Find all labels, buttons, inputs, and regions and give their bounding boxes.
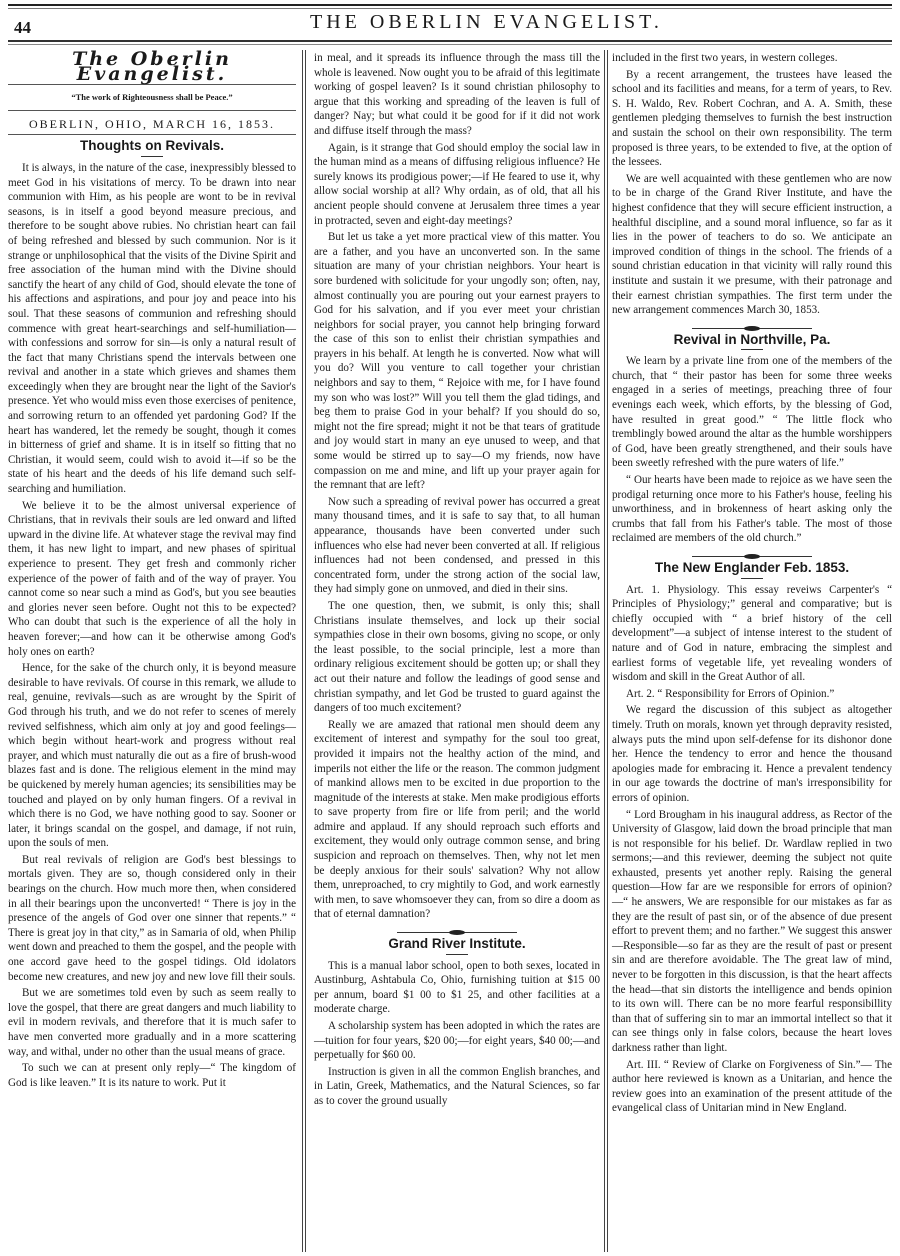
section-divider: [692, 328, 812, 329]
paragraph: Art. 2. “ Responsibility for Errors of O…: [612, 687, 892, 702]
header-rule-thin: [8, 44, 892, 45]
paragraph: It is always, in the nature of the case,…: [8, 161, 296, 497]
masthead-rule: [8, 110, 296, 111]
column-divider-2: [604, 50, 605, 1252]
column-divider-1b: [305, 50, 306, 1252]
masthead-motto: “The work of Righteousness shall be Peac…: [8, 90, 296, 105]
paragraph: We believe it to be the almost universal…: [8, 499, 296, 660]
paragraph: But let us take a yet more practical vie…: [314, 230, 600, 493]
article-title-revivals: Thoughts on Revivals.: [8, 139, 296, 154]
paragraph: “ Lord Brougham in his inaugural address…: [612, 808, 892, 1056]
article-title-new-englander: The New Englander Feb. 1853.: [612, 561, 892, 576]
column-divider-1: [302, 50, 303, 1252]
article-title-grand-river: Grand River Institute.: [314, 937, 600, 952]
paragraph: Really we are amazed that rational men s…: [314, 718, 600, 922]
paragraph: We learn by a private line from one of t…: [612, 354, 892, 471]
paragraph: “ Our hearts have been made to rejoice a…: [612, 473, 892, 546]
header-rule: [8, 40, 892, 42]
paragraph: in meal, and it spreads its influence th…: [314, 51, 600, 139]
paragraph: A scholarship system has been adopted in…: [314, 1019, 600, 1063]
paragraph: Art. III. “ Review of Clarke on Forgiven…: [612, 1058, 892, 1116]
section-divider: [397, 932, 517, 933]
top-rule: [8, 4, 892, 6]
paragraph: By a recent arrangement, the trustees ha…: [612, 68, 892, 170]
paragraph: Again, is it strange that God should emp…: [314, 141, 600, 229]
paragraph: The one question, then, we submit, is on…: [314, 599, 600, 716]
article-title-northville: Revival in Northville, Pa.: [612, 333, 892, 348]
top-rule-thin: [8, 8, 892, 9]
paragraph: This is a manual labor school, open to b…: [314, 959, 600, 1017]
paragraph: Instruction is given in all the common E…: [314, 1065, 600, 1109]
dateline: OBERLIN, OHIO, MARCH 16, 1853.: [8, 117, 296, 132]
paragraph: But we are sometimes told even by such a…: [8, 986, 296, 1059]
paragraph: We regard the discussion of this subject…: [612, 703, 892, 805]
column-3: included in the first two years, in west…: [612, 51, 892, 1118]
running-head: THE OBERLIN EVANGELIST.: [310, 11, 663, 34]
page-number: 44: [14, 18, 31, 38]
paragraph: Art. 1. Physiology. This essay reveiws C…: [612, 583, 892, 685]
title-underline: [741, 578, 763, 579]
title-underline: [741, 349, 763, 350]
column-2: in meal, and it spreads its influence th…: [314, 51, 600, 1111]
title-underline: [141, 156, 163, 157]
paragraph: Hence, for the sake of the church only, …: [8, 661, 296, 851]
paragraph: But real revivals of religion are God's …: [8, 853, 296, 984]
paragraph: Now such a spreading of revival power ha…: [314, 495, 600, 597]
paragraph: included in the first two years, in west…: [612, 51, 892, 66]
section-divider: [692, 556, 812, 557]
paragraph: We are well acquainted with these gentle…: [612, 172, 892, 318]
title-underline: [446, 954, 468, 955]
dateline-rule: [8, 134, 296, 135]
paragraph: To such we can at present only reply—“ T…: [8, 1061, 296, 1090]
column-1: The Oberlin Evangelist. “The work of Rig…: [8, 50, 296, 1092]
column-divider-2b: [607, 50, 608, 1252]
masthead-title: The Oberlin Evangelist.: [8, 52, 296, 81]
